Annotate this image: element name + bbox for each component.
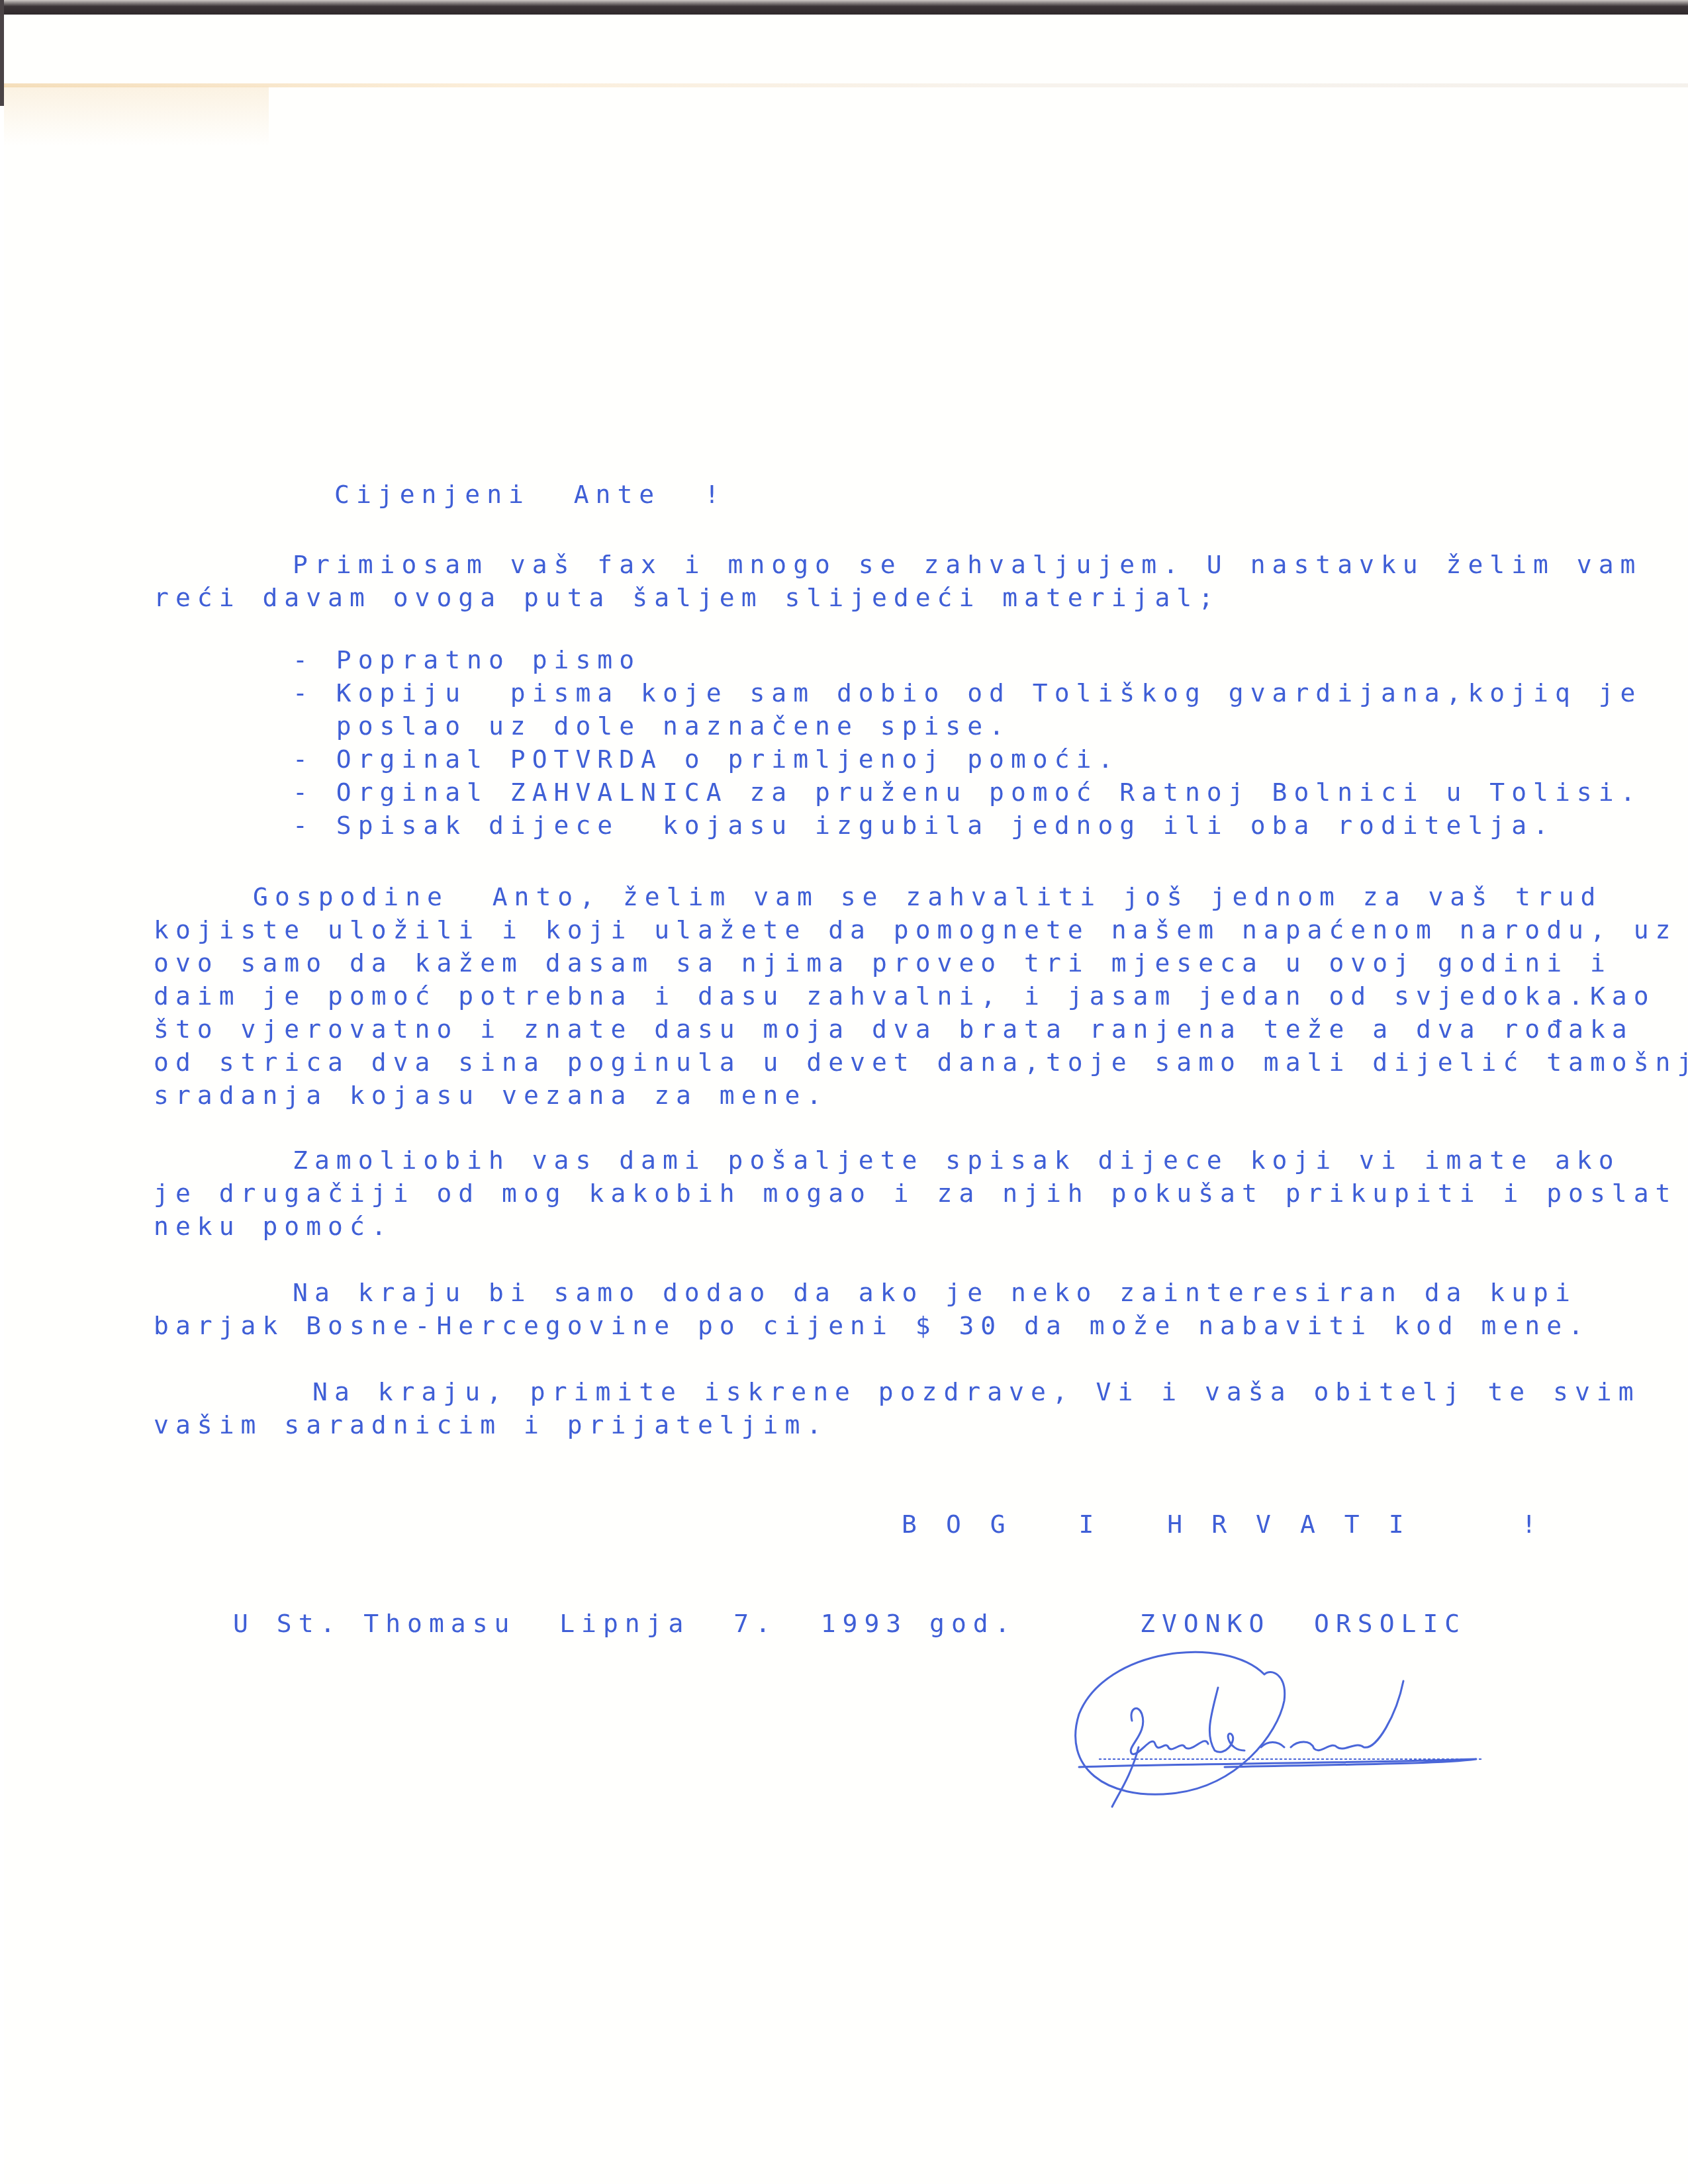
paragraph-4-line: Na kraju bi samo dodao da ako je neko za… [293, 1276, 1577, 1309]
paragraph-4-line: barjak Bosne-Hercegovine po cijeni $ 30 … [154, 1309, 1590, 1342]
place-and-date: U St. Thomasu Lipnja 7. 1993 god. [233, 1607, 1017, 1640]
salutation: Cijenjeni Ante ! [334, 478, 726, 511]
enclosure-item: - Spisak dijece kojasu izgubila jednog i… [293, 809, 1555, 842]
paragraph-5-line: vašim saradnicim i prijateljim. [154, 1408, 828, 1441]
closing-motto: BOG I HRVATI ! [902, 1508, 1566, 1541]
paragraph-3-line: Zamoliobih vas dami pošaljete spisak dij… [293, 1144, 1620, 1177]
enclosure-item: - Popratno pismo [293, 643, 641, 676]
intro-line-1: Primiosam vaš fax i mnogo se zahvaljujem… [293, 548, 1642, 581]
letter-body: Cijenjeni Ante ! Primiosam vaš fax i mno… [0, 0, 1688, 2184]
paragraph-2-line: od strica dva sina poginula u devet dana… [154, 1046, 1688, 1079]
enclosure-item-continuation: poslao uz dole naznačene spise. [293, 709, 1011, 743]
paragraph-2-line: Gospodine Anto, želim vam se zahvaliti j… [253, 880, 1602, 913]
paragraph-2-line: ovo samo da kažem dasam sa njima proveo … [154, 946, 1612, 979]
enclosure-item: - Orginal ZAHVALNICA za pruženu pomoć Ra… [293, 776, 1642, 809]
paragraph-3-line: je drugačiji od mog kakobih mogao i za n… [154, 1177, 1677, 1210]
handwritten-signature-icon [1066, 1635, 1489, 1833]
paragraph-2-line: kojiste uložili i koji ulažete da pomogn… [154, 913, 1677, 946]
enclosure-item: - Orginal POTVRDA o primljenoj pomoći. [293, 743, 1119, 776]
paragraph-2-line: daim je pomoć potrebna i dasu zahvalni, … [154, 979, 1656, 1013]
paragraph-3-line: neku pomoć. [154, 1210, 393, 1243]
paragraph-5-line: Na kraju, primite iskrene pozdrave, Vi i… [312, 1375, 1640, 1408]
enclosure-item: - Kopiju pisma koje sam dobio od Toliško… [293, 676, 1642, 709]
paragraph-2-line: što vjerovatno i znate dasu moja dva bra… [154, 1013, 1634, 1046]
intro-line-2: reći davam ovoga puta šaljem slijedeći m… [154, 581, 1220, 614]
paragraph-2-line: sradanja kojasu vezana za mene. [154, 1079, 828, 1112]
